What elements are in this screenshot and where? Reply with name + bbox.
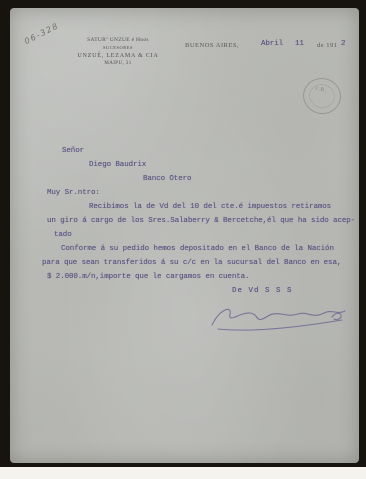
paragraph1-line3: tado: [54, 232, 72, 240]
letterhead: SATURº UNZUE é Hnos SUCESORES UNZUÉ, LEZ…: [58, 38, 178, 66]
letterhead-firm-name: SATURº UNZUE é Hnos: [58, 38, 178, 44]
dateline-place: BUENOS AIRES,: [185, 42, 239, 49]
salutation-prefix: Señor: [62, 148, 84, 156]
letterhead-company: UNZUÉ, LEZAMA & CIA: [58, 53, 178, 59]
paragraph2-line2: para que sean transferidos á su c/c en l…: [42, 260, 341, 268]
letter-page: 06-328 SATURº UNZUE é Hnos SUCESORES UNZ…: [10, 8, 359, 463]
circular-postmark-icon: J.B.: [300, 74, 345, 117]
greeting: Muy Sr.ntro:: [47, 190, 100, 198]
paragraph2-line3: $ 2.000.m/n,importe que le cargamos en c…: [47, 274, 249, 282]
recipient-name: Diego Baudrix: [89, 162, 146, 170]
letterhead-successors: SUCESORES: [58, 46, 178, 51]
scan-bottom-strip: [0, 467, 366, 479]
archival-pencil-note: 06-328: [23, 21, 60, 46]
closing-valediction: De Vd S S S: [232, 288, 293, 296]
dateline-year-typed: 2: [341, 41, 345, 49]
paragraph2-line1: Conforme á su pedido hemos depositado en…: [61, 246, 334, 254]
paragraph1-line1: Recibimos la de Vd del 10 del cte.é impu…: [89, 204, 331, 212]
paragraph1-line2: un giro á cargo de los Sres.Salaberry & …: [47, 218, 355, 226]
letterhead-address: MAIPU, 31: [58, 61, 178, 66]
postmark-inner-ring: [307, 82, 337, 111]
dateline-day: 11: [295, 41, 304, 49]
dateline-year-printed: de 191: [317, 42, 338, 49]
recipient-organization: Banco Otero: [143, 176, 191, 184]
handwritten-signature: [206, 299, 351, 337]
dateline-month: Abril: [261, 41, 283, 49]
